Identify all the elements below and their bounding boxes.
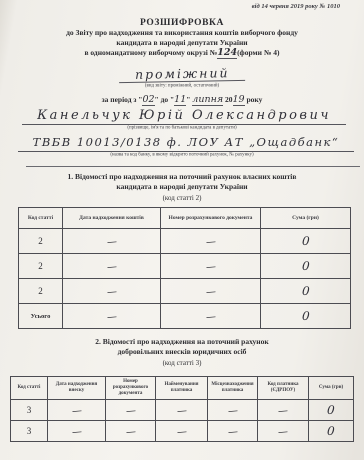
handwritten-dash: — [205,288,216,299]
subtitle-line-3: в одномандатному виборчому окрузі №124(ф… [0,48,364,58]
cell-sum: 0 [261,304,351,329]
column-header: Код статті [19,208,63,229]
cell-date: — [63,304,161,329]
handwritten-dash: — [227,428,238,439]
column-header: Номер розрахункового документа [106,377,156,400]
cell-payer-location: — [208,421,258,442]
cell-date: — [48,421,106,442]
cell-payer-name: — [156,400,208,421]
table-total-row: Усього — — 0 [19,304,351,329]
subtitle-line-1: до Звіту про надходження та використання… [0,28,364,38]
cell-sum: 0 [261,229,351,254]
column-header: Номер розрахункового документа [161,208,261,229]
handwritten-dash: — [205,263,216,274]
cell-article-code: 2 [19,279,63,304]
cell-doc-number: — [161,279,261,304]
handwritten-zero: 0 [301,285,309,298]
table-header-row: Код статті Дата надходження внеску Номер… [11,377,354,400]
handwritten-dash: — [106,238,117,249]
period-year-suffix: року [246,95,262,104]
cell-total-label: Усього [19,304,63,329]
handwritten-dash: — [227,407,238,418]
period-to-day-handwritten: 11 [174,94,186,106]
period-month-handwritten: липня [192,94,223,106]
cell-sum: 0 [261,279,351,304]
candidate-name-handwritten: Канельчук Юрій Олександрович [37,108,331,123]
cell-sum: 0 [261,254,351,279]
document-reference: від 14 червня 2019 року № 1010 [0,0,364,10]
handwritten-dash: — [176,428,187,439]
handwritten-dash: — [278,428,289,439]
period-year-handwritten: 19 [233,94,245,106]
cell-payer-code: — [258,400,309,421]
handwritten-zero: 0 [301,260,309,273]
page-title: РОЗШИФРОВКА [0,18,364,28]
column-header: Сума (грн) [309,377,354,400]
cell-date: — [63,279,161,304]
candidate-name-line: Канельчук Юрій Олександрович [22,106,346,125]
handwritten-dash: — [125,428,136,439]
cell-doc-number: — [161,304,261,329]
cell-sum: 0 [309,421,354,442]
scanned-document-page: від 14 червня 2019 року № 1010 РОЗШИФРОВ… [0,0,364,460]
column-header: Сума (грн) [261,208,351,229]
section2-title-line1: 2. Відомості про надходження на поточний… [0,337,364,347]
bank-handwritten: ТВБВ 10013/0138 ф. ЛОУ АТ „Ощадбанк“ [33,135,340,149]
handwritten-dash: — [106,288,117,299]
column-header: Дата надходження внеску [48,377,106,400]
table-row: 2 — — 0 [19,279,351,304]
column-header: Місцезнаходження платника [208,377,258,400]
table-row: 3 — — — — — 0 [11,400,354,421]
handwritten-dash: — [71,428,82,439]
handwritten-dash: — [278,407,289,418]
handwritten-dash: — [106,263,117,274]
column-header: Найменування платника [156,377,208,400]
district-prefix: в одномандатному виборчому окрузі № [84,48,217,57]
table-header-row: Код статті Дата надходження коштів Номер… [19,208,351,229]
table-row: 2 — — 0 [19,229,351,254]
handwritten-zero: 0 [327,404,335,417]
subtitle-line-2: кандидата в народні депутати України [0,38,364,48]
period-year-prefix: 20 [225,95,233,104]
handwritten-dash: — [205,238,216,249]
handwritten-zero: 0 [301,235,309,248]
period-line: за період з "02" до "11" липня 2019 року [0,94,364,105]
cell-payer-code: — [258,421,309,442]
district-number-handwritten: 124 [217,47,237,59]
cell-payer-location: — [208,400,258,421]
handwritten-dash: — [125,407,136,418]
handwritten-zero: 0 [327,425,335,438]
section2-code-label: (код статті 3) [0,359,364,367]
column-header: Дата надходження коштів [63,208,161,229]
column-header: Код статті [11,377,48,400]
report-type-block: проміжний [0,65,364,83]
cell-doc-number: — [106,400,156,421]
handwritten-zero: 0 [301,310,309,323]
period-seg2: " до " [155,95,175,104]
legal-entity-contributions-table: Код статті Дата надходження внеску Номер… [10,376,354,442]
handwritten-dash: — [205,313,216,324]
cell-date: — [48,400,106,421]
section1-title-line1: 1. Відомості про надходження на поточний… [0,172,364,182]
period-seg3: " [186,95,190,104]
bank-line: ТВБВ 10013/0138 ф. ЛОУ АТ „Ощадбанк“ [18,133,354,152]
district-suffix: (форми № 4) [237,48,279,57]
cell-doc-number: — [106,421,156,442]
cell-date: — [63,254,161,279]
cell-article-code: 2 [19,229,63,254]
cell-article-code: 3 [11,421,48,442]
table-row: 2 — — 0 [19,254,351,279]
bank-hint: (назва та код банку, в якому відкрито по… [33,152,331,158]
own-funds-table: Код статті Дата надходження коштів Номер… [18,207,351,329]
section1-title-line2: кандидата в народні депутати України [0,182,364,192]
cell-payer-name: — [156,421,208,442]
cell-doc-number: — [161,229,261,254]
handwritten-dash: — [176,407,187,418]
section2-title-line2: добровільних внесків юридичних осіб [0,347,364,357]
report-type-handwritten: проміжний [119,65,246,83]
candidate-name-hint: (прізвище, ім'я та по батькові кандидата… [33,125,331,131]
report-type-hint: (вид звіту: проміжний, остаточний) [33,83,331,89]
section-divider-line [26,166,360,167]
section1-code-label: (код статті 2) [0,194,364,202]
cell-article-code: 2 [19,254,63,279]
handwritten-dash: — [71,407,82,418]
table-row: 3 — — — — — 0 [11,421,354,442]
cell-article-code: 3 [11,400,48,421]
cell-doc-number: — [161,254,261,279]
handwritten-dash: — [106,313,117,324]
period-seg1: за період з " [102,95,143,104]
period-from-day-handwritten: 02 [142,94,154,106]
cell-date: — [63,229,161,254]
column-header: Код платника (ЄДРПОУ) [258,377,309,400]
cell-sum: 0 [309,400,354,421]
